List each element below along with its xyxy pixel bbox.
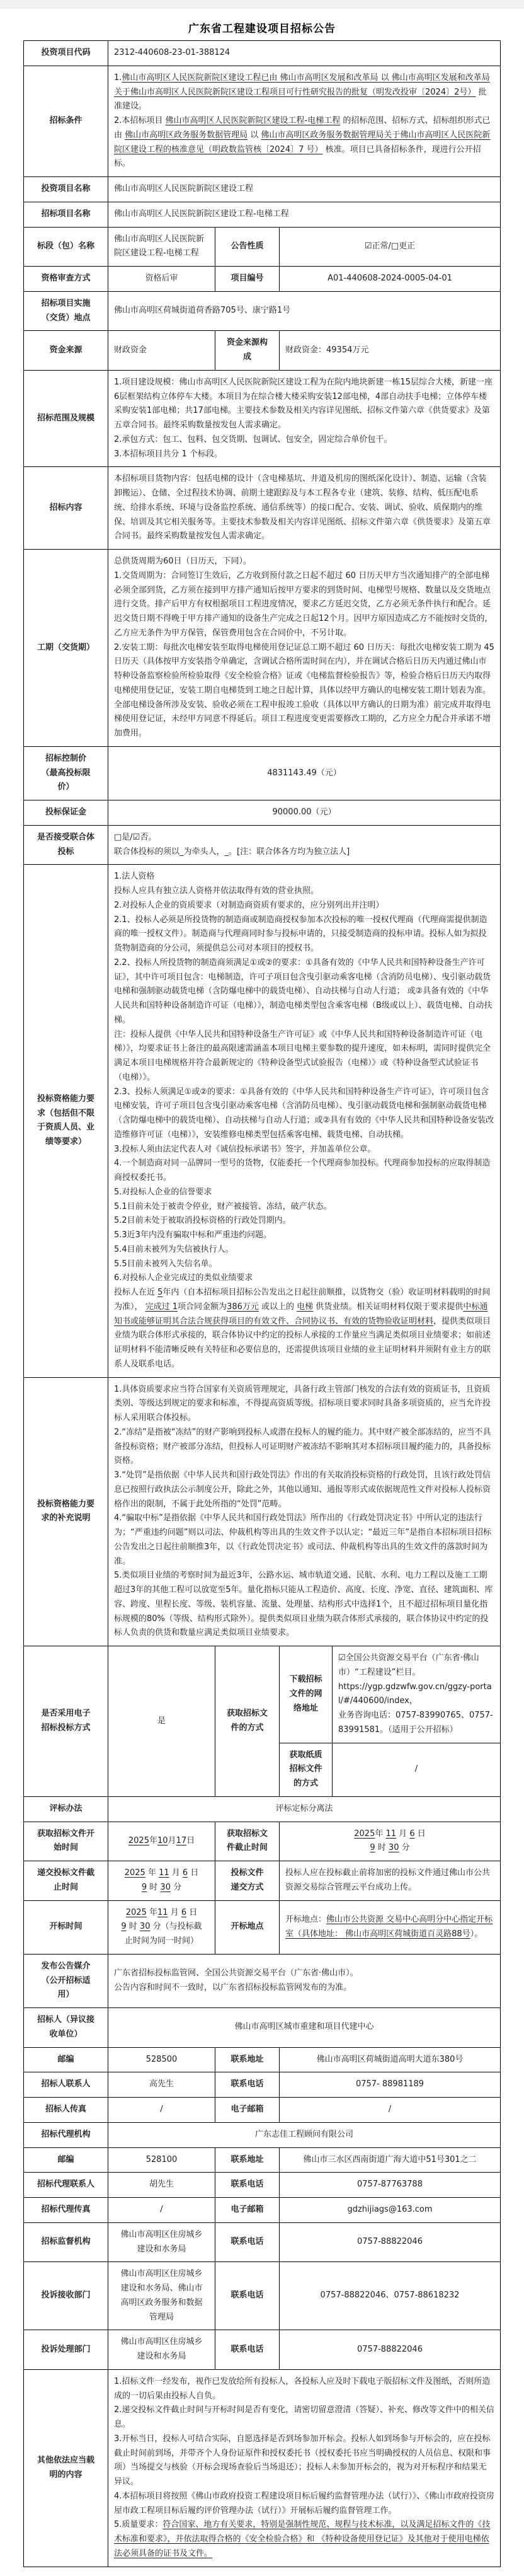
announcement-table-body: 投资项目代码2312-440608-23-01-388124招标条件1.佛山市高… [24, 41, 501, 2567]
row-electronic-bidding-paper-label: 获取纸质招标文件的方式 [280, 1743, 333, 1796]
row-agency-contact: 招标代理联系人胡先生联系电话0757-87763788 [24, 2173, 501, 2198]
row-complaint-receiving-department-value: 0757-88822046、0757-88618232 [280, 2262, 501, 2330]
row-agency-fax-email-label: 电子邮箱 [215, 2198, 280, 2223]
row-tender-content-value: 本招标项目货物内容：包括电梯的设计（含电梯基坑、井道及机房的图纸深化设计）、制造… [108, 467, 501, 550]
row-fund-source-label: 资金来源构成 [215, 331, 280, 371]
row-tenderer-postcode-address: 邮编528500联系地址佛山市高明区荷城街道高明大道东380号 [24, 2047, 501, 2072]
row-bidder-qualification-requirements-value: 1.法人资格投标人应具有独立法人资格并依法取得有效的营业执照。2.对投标人企业的… [108, 865, 501, 1377]
row-bid-submission-deadline-value: 2025 年 11 月 6 日9 时 30 分 [108, 1861, 215, 1901]
row-tenderer-fax-email-value: / [108, 2098, 215, 2123]
row-bid-bond-label: 投标保证金 [24, 800, 108, 826]
row-bid-bond: 投标保证金90000.00（元） [24, 800, 501, 826]
row-tenderer-fax-email: 招标人传真/电子邮箱/ [24, 2098, 501, 2123]
row-fund-source-label: 资金来源 [24, 331, 108, 371]
row-qualification-supplementary-notes-label: 投标资格能力要求的补充说明 [24, 1377, 108, 1646]
row-bid-submission-deadline-label: 递交投标文件截止时间 [24, 1861, 108, 1901]
row-fund-source-value: 财政资金：49354万元 [280, 331, 501, 371]
row-agency-contact-label: 联系电话 [215, 2173, 280, 2198]
row-evaluation-method-value: 评标定标分离法 [108, 1796, 501, 1822]
row-control-price: 招标控制价（最高投标限价）4831143.49（元） [24, 746, 501, 800]
row-section-name-announcement-nature-value: ☑正常/□更正 [280, 227, 501, 267]
row-delivery-period-value: 总供货周期为60日（日历天，下同）。1.交货周期为：合同签订生效后，乙方收到预付… [108, 550, 501, 747]
row-tender-project-name-value: 佛山市高明区人民医院新院区建设工程-电梯工程 [108, 202, 501, 227]
row-qualification-review-project-number-value: A01-440608-2024-0005-04-01 [280, 267, 501, 292]
row-qualification-supplementary-notes: 投标资格能力要求的补充说明1.具体资质要求应当符合国家有关资质管理规定，具备行政… [24, 1377, 501, 1646]
row-complaint-receiving-department: 投诉接收部门佛山市高明区住房城乡建设和水务局、佛山市高明区政务服务和数据管理局联… [24, 2262, 501, 2330]
row-complaint-receiving-department-label: 投诉接收部门 [24, 2262, 108, 2330]
row-consortium-bidding: 是否接受联合体投标□是/☑否。联合体投标的须以_为牵头人，_。[注：联合体各方均… [24, 825, 501, 865]
row-fund-source-value: 财政资金 [108, 331, 215, 371]
row-supervision-authority: 招标监督机构佛山市高明区住房城乡建设和水务局联系电话0757-88822046 [24, 2222, 501, 2262]
row-electronic-bidding-paper-value: / [333, 1743, 501, 1796]
row-complaint-receiving-department-value: 佛山市高明区住房城乡建设和水务局、佛山市高明区政务服务和数据管理局 [108, 2262, 215, 2330]
page-top-strip [0, 0, 524, 8]
announcement-page: 广东省工程建设项目招标公告 投资项目代码2312-440608-23-01-38… [0, 0, 524, 2567]
row-implementation-location: 招标项目实施（交货）地点佛山市高明区荷城街道荷香路705号、康宁路1号 [24, 291, 501, 331]
row-investment-project-code: 投资项目代码2312-440608-23-01-388124 [24, 41, 501, 66]
row-complaint-receiving-department-label: 联系电话 [215, 2262, 280, 2330]
row-announcement-media: 发布公告媒介（公开招标适用）广东省招标投标监管网、全国公共资源交易平台（广东省·… [24, 1954, 501, 2007]
row-tenderer-postcode-address-value: 佛山市高明区荷城街道高明大道东380号 [280, 2047, 501, 2072]
row-agency-postcode-address-label: 联系地址 [215, 2147, 280, 2173]
row-tender-conditions-value: 1.佛山市高明区人民医院新院区建设工程已由 佛山市高明区发展和改革局 以 佛山市… [108, 66, 501, 176]
row-consortium-bidding-label: 是否接受联合体投标 [24, 825, 108, 865]
row-tenderer-contact-value: 高先生 [108, 2072, 215, 2098]
row-implementation-location-value: 佛山市高明区荷城街道荷香路705号、康宁路1号 [108, 291, 501, 331]
row-evaluation-method: 评标办法评标定标分离法 [24, 1796, 501, 1822]
row-agency-postcode-address-label: 邮编 [24, 2147, 108, 2173]
row-qualification-supplementary-notes-value: 1.具体资质要求应当符合国家有关资质管理规定，具备行政主管部门核发的合法有效的资… [108, 1377, 501, 1646]
row-investment-project-code-label: 投资项目代码 [24, 41, 108, 66]
row-bid-submission-deadline-label: 投标文件递交方式 [215, 1861, 280, 1901]
row-qualification-review-project-number-value: 资格后审 [108, 267, 215, 292]
page-title: 广东省工程建设项目招标公告 [0, 20, 524, 35]
row-agency-fax-email-label: 招标代理传真 [24, 2198, 108, 2223]
row-agency-contact-value: 0757-87763788 [280, 2173, 501, 2198]
row-tenderer-value: 佛山市高明区城市重建和项目代建中心 [108, 2008, 501, 2048]
row-other-required-content-value: 1.招标文件一经发布，视作已发放给所有投标人，各投标人应及时下载电子版招标文件及… [108, 2369, 501, 2567]
row-tenderer-fax-email-label: 电子邮箱 [215, 2098, 280, 2123]
row-bid-opening: 开标时间2025 年11 月 6 日9 时 30 分（与投标截止时间为同一时间）… [24, 1900, 501, 1954]
row-electronic-bidding-download: 是否采用电子招标投标方式是获取招标文件的方式下载招标文件的网络地址☑全国公共资源… [24, 1646, 501, 1743]
row-agency-contact-label: 招标代理联系人 [24, 2173, 108, 2198]
row-tenderer-fax-email-label: 招标人传真 [24, 2098, 108, 2123]
row-agency-fax-email-value: / [108, 2198, 215, 2223]
row-electronic-bidding-download-value: 是 [108, 1646, 215, 1797]
row-bidder-qualification-requirements: 投标资格能力要求（包括但不限于资质人员、业绩等要求）1.法人资格投标人应具有独立… [24, 865, 501, 1377]
row-scope-and-scale-value: 1.项目建设规模：佛山市高明区人民医院新院区建设工程为在院内地块新建一栋15层综… [108, 370, 501, 467]
row-section-name-announcement-nature: 标段（包）名称佛山市高明区人民医院新院区建设工程-电梯工程公告性质☑正常/□更正 [24, 227, 501, 267]
row-bid-bond-value: 90000.00（元） [108, 800, 501, 826]
row-other-required-content-label: 其他依法应当载明的内容 [24, 2369, 108, 2567]
row-qualification-review-project-number: 资格审查方式资格后审项目编号A01-440608-2024-0005-04-01 [24, 267, 501, 292]
row-investment-project-name: 投资项目名称佛山市高明区人民医院新院区建设工程 [24, 177, 501, 202]
row-tender-conditions-label: 招标条件 [24, 66, 108, 176]
row-scope-and-scale: 招标范围及规模1.项目建设规模：佛山市高明区人民医院新院区建设工程为在院内地块新… [24, 370, 501, 467]
row-consortium-bidding-value: □是/☑否。联合体投标的须以_为牵头人，_。[注：联合体各方均为独立法人] [108, 825, 501, 865]
row-implementation-location-label: 招标项目实施（交货）地点 [24, 291, 108, 331]
row-tender-conditions: 招标条件1.佛山市高明区人民医院新院区建设工程已由 佛山市高明区发展和改革局 以… [24, 66, 501, 176]
row-tenderer: 招标人（异议接收单位）佛山市高明区城市重建和项目代建中心 [24, 2008, 501, 2048]
row-complaint-handling-department-value: 0757-88822046 [280, 2330, 501, 2370]
row-agency-fax-email-value: gdzhijiags@163.com [280, 2198, 501, 2223]
row-section-name-announcement-nature-value: 佛山市高明区人民医院新院区建设工程-电梯工程 [108, 227, 215, 267]
row-agency-postcode-address-value: 佛山市三水区西南街道广海大道中51号301之二 [280, 2147, 501, 2173]
row-electronic-bidding-download-label: 是否采用电子招标投标方式 [24, 1646, 108, 1797]
row-delivery-period: 工期（交货期）总供货周期为60日（日历天，下同）。1.交货周期为：合同签订生效后… [24, 550, 501, 747]
row-evaluation-method-label: 评标办法 [24, 1796, 108, 1822]
row-fund-source: 资金来源财政资金资金来源构成财政资金：49354万元 [24, 331, 501, 371]
row-complaint-handling-department-label: 联系电话 [215, 2330, 280, 2370]
row-qualification-review-project-number-label: 项目编号 [215, 267, 280, 292]
row-bid-opening-label: 开标时间 [24, 1900, 108, 1954]
row-supervision-authority-value: 0757-88822046 [280, 2222, 501, 2262]
row-bidder-qualification-requirements-label: 投标资格能力要求（包括但不限于资质人员、业绩等要求） [24, 865, 108, 1377]
row-agency-postcode-address-value: 528100 [108, 2147, 215, 2173]
row-document-obtain-time-value: 2025年 11 月 6 日9 时 30 分 [280, 1822, 501, 1861]
row-announcement-media-label: 发布公告媒介（公开招标适用） [24, 1954, 108, 2007]
row-agency: 招标代理机构广东志佳工程顾问有限公司 [24, 2122, 501, 2147]
row-investment-project-code-value: 2312-440608-23-01-388124 [108, 41, 501, 66]
row-investment-project-name-value: 佛山市高明区人民医院新院区建设工程 [108, 177, 501, 202]
row-document-obtain-time-label: 获取招标文件截止时间 [215, 1822, 280, 1861]
row-agency-value: 广东志佳工程顾问有限公司 [108, 2122, 501, 2147]
row-bid-submission-deadline-value: 投标人应在投标截止前将加密的投标文件通过佛山市公共资源交易综合管理云平台成功上传… [280, 1861, 501, 1901]
row-tenderer-postcode-address-label: 邮编 [24, 2047, 108, 2072]
row-supervision-authority-value: 佛山市高明区住房城乡建设和水务局 [108, 2222, 215, 2262]
row-tenderer-contact-label: 招标人联系人 [24, 2072, 108, 2098]
row-section-name-announcement-nature-label: 公告性质 [215, 227, 280, 267]
row-complaint-handling-department-value: 佛山市高明区住房城乡建设和水务局 [108, 2330, 215, 2370]
row-complaint-handling-department: 投诉处理部门佛山市高明区住房城乡建设和水务局联系电话0757-88822046 [24, 2330, 501, 2370]
row-tenderer-contact-value: 0757- 88981189 [280, 2072, 501, 2098]
row-qualification-review-project-number-label: 资格审查方式 [24, 267, 108, 292]
row-tender-content: 招标内容本招标项目货物内容：包括电梯的设计（含电梯基坑、井道及机房的图纸深化设计… [24, 467, 501, 550]
row-supervision-authority-label: 联系电话 [215, 2222, 280, 2262]
tender-announcement-table: 投资项目代码2312-440608-23-01-388124招标条件1.佛山市高… [23, 40, 501, 2567]
row-section-name-announcement-nature-label: 标段（包）名称 [24, 227, 108, 267]
row-scope-and-scale-label: 招标范围及规模 [24, 370, 108, 467]
row-agency-contact-value: 胡先生 [108, 2173, 215, 2198]
row-tenderer-postcode-address-label: 联系地址 [215, 2047, 280, 2072]
row-tender-content-label: 招标内容 [24, 467, 108, 550]
row-bid-opening-value: 2025 年11 月 6 日9 时 30 分（与投标截止时间为同一时间） [108, 1900, 215, 1954]
row-agency-postcode-address: 邮编528100联系地址佛山市三水区西南街道广海大道中51号301之二 [24, 2147, 501, 2173]
row-control-price-value: 4831143.49（元） [108, 746, 501, 800]
row-tenderer-contact: 招标人联系人高先生联系电话0757- 88981189 [24, 2072, 501, 2098]
row-document-obtain-time-value: 2025年10月17日 [108, 1822, 215, 1861]
row-complaint-handling-department-label: 投诉处理部门 [24, 2330, 108, 2370]
row-investment-project-name-label: 投资项目名称 [24, 177, 108, 202]
row-agency-label: 招标代理机构 [24, 2122, 108, 2147]
row-announcement-media-value: 广东省招标投标监管网、全国公共资源交易平台（广东省·佛山市）。公告内容和时间不一… [108, 1954, 501, 2007]
row-other-required-content: 其他依法应当载明的内容1.招标文件一经发布，视作已发放给所有投标人，各投标人应及… [24, 2369, 501, 2567]
row-tender-project-name: 招标项目名称佛山市高明区人民医院新院区建设工程-电梯工程 [24, 202, 501, 227]
row-bid-submission-deadline: 递交投标文件截止时间2025 年 11 月 6 日9 时 30 分投标文件递交方… [24, 1861, 501, 1901]
row-electronic-bidding-download-label: 获取招标文件的方式 [215, 1646, 280, 1797]
row-tenderer-contact-label: 联系电话 [215, 2072, 280, 2098]
row-electronic-bidding-download-label: 下载招标文件的网络地址 [280, 1646, 333, 1743]
row-agency-fax-email: 招标代理传真/电子邮箱gdzhijiags@163.com [24, 2198, 501, 2223]
row-electronic-bidding-download-value: ☑全国公共资源交易平台（广东省·佛山市）“工程建设”栏目。https://ygp… [333, 1646, 501, 1743]
row-tender-project-name-label: 招标项目名称 [24, 202, 108, 227]
row-tenderer-postcode-address-value: 528500 [108, 2047, 215, 2072]
row-control-price-label: 招标控制价（最高投标限价） [24, 746, 108, 800]
row-bid-opening-value: 开标地点：佛山市公共资源 交易中心高明分中心指定开标室（具体地址： 佛山市高明区… [280, 1900, 501, 1954]
row-document-obtain-time: 获取招标文件开始时间2025年10月17日获取招标文件截止时间2025年 11 … [24, 1822, 501, 1861]
row-tenderer-fax-email-value: / [280, 2098, 501, 2123]
row-tenderer-label: 招标人（异议接收单位） [24, 2008, 108, 2048]
row-delivery-period-label: 工期（交货期） [24, 550, 108, 747]
row-document-obtain-time-label: 获取招标文件开始时间 [24, 1822, 108, 1861]
row-bid-opening-label: 开标地点 [215, 1900, 280, 1954]
row-supervision-authority-label: 招标监督机构 [24, 2222, 108, 2262]
